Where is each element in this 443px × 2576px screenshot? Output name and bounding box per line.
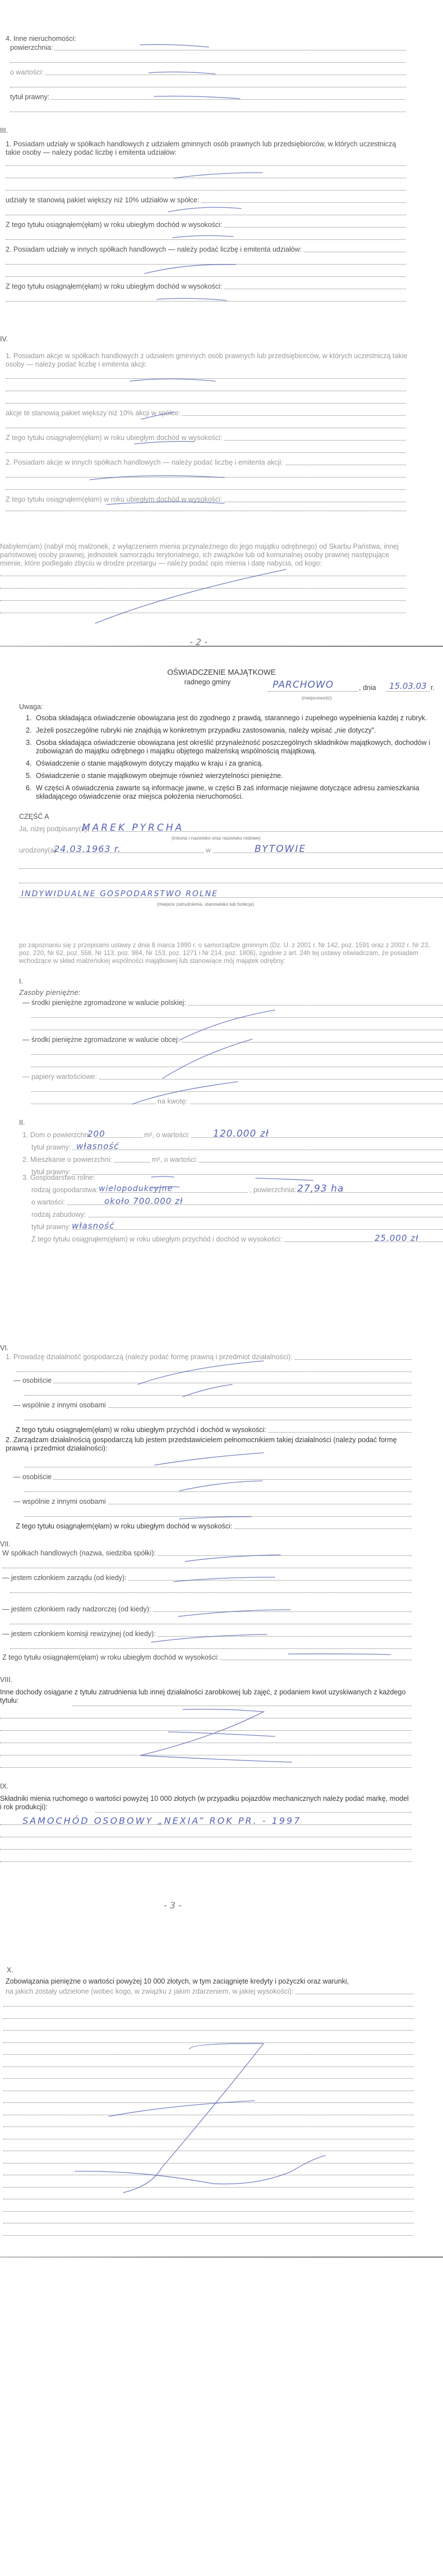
uwaga-item-text: Oświadczenie o stanie majątkowym obejmuj… bbox=[36, 772, 283, 780]
field-line[interactable] bbox=[6, 397, 406, 405]
field-line[interactable] bbox=[31, 1011, 443, 1019]
sheet-divider bbox=[0, 646, 443, 647]
field-line[interactable] bbox=[3, 2193, 414, 2200]
page-2: 4. Inne nieruchomości: powierzchnia: o w… bbox=[0, 0, 443, 639]
field-kwota[interactable]: na kwotę: bbox=[31, 1097, 443, 1105]
field-name[interactable]: Ja, niżej podpisany(a),MAREK PYRCHA bbox=[19, 825, 443, 833]
field-dom[interactable]: 1. Dom o powierzchni:200m², o wartości:1… bbox=[22, 1131, 443, 1139]
field-line[interactable] bbox=[0, 1761, 412, 1769]
employment-caption: (miejsce zatrudnienia, stanowisko lub fu… bbox=[157, 901, 254, 907]
field-date[interactable]: 15.03.03 bbox=[387, 682, 430, 692]
field-line[interactable] bbox=[6, 504, 406, 512]
field-line[interactable] bbox=[0, 1749, 412, 1757]
page-number-3: - 3 - bbox=[164, 1900, 182, 1911]
czesc-a-heading: CZĘŚĆ A bbox=[19, 813, 49, 821]
field-securities[interactable]: — papiery wartościowe: bbox=[22, 1073, 443, 1081]
uwaga-item-text: Jeżeli poszczególne rubryki nie znajdują… bbox=[36, 726, 376, 734]
field-line[interactable] bbox=[6, 184, 406, 192]
field-line[interactable] bbox=[31, 1060, 443, 1068]
field-line[interactable] bbox=[6, 258, 406, 266]
field-X-text2[interactable]: na jakich zostały udzielone (wobec kogo,… bbox=[6, 1987, 414, 1995]
field-line[interactable] bbox=[10, 1586, 412, 1594]
field-line[interactable] bbox=[10, 56, 406, 64]
field-III-dochod2[interactable]: Z tego tytułu osiągnąłem(ęłam) w roku ub… bbox=[6, 282, 406, 290]
field-line[interactable] bbox=[3, 2012, 414, 2020]
uwaga-item: 6.W części A oświadczenia zawarte są inf… bbox=[26, 784, 436, 801]
field-line[interactable] bbox=[6, 295, 406, 303]
field-line[interactable] bbox=[3, 2000, 414, 2008]
field-line[interactable] bbox=[0, 1855, 412, 1863]
field-line[interactable] bbox=[3, 2205, 414, 2213]
field-line[interactable] bbox=[25, 1510, 412, 1518]
field-foreign[interactable]: — środki pieniężne zgromadzone w walucie… bbox=[22, 1036, 443, 1044]
field-przychod[interactable]: Z tego tytułu osiągnąłem(ęłam) w roku ub… bbox=[31, 1235, 443, 1243]
uwaga-item: 1.Osoba składająca oświadczenie obowiąza… bbox=[26, 714, 436, 722]
field-VI-item1[interactable]: 1. Prowadzę działalność gospodarczą (nal… bbox=[6, 1353, 412, 1361]
field-IV-dochod1[interactable]: Z tego tytułu osiągnąłem(ęłam) w roku ub… bbox=[6, 434, 406, 442]
page-3: VI. 1. Prowadzę działalność gospodarczą … bbox=[0, 1340, 443, 1962]
field-line[interactable] bbox=[0, 1736, 412, 1744]
field-line[interactable] bbox=[0, 1712, 412, 1720]
field-line[interactable] bbox=[31, 1048, 443, 1056]
section-I-heading: Zasoby pieniężne: bbox=[19, 989, 81, 997]
uwaga-item: 3.Osoba składająca oświadczenie obowiąza… bbox=[26, 739, 436, 756]
dnia-label: , dnia bbox=[359, 684, 376, 692]
field-VI-osobiscie[interactable]: — osobiście bbox=[13, 1377, 412, 1384]
field-line[interactable] bbox=[3, 2036, 414, 2044]
field-line[interactable] bbox=[17, 1365, 412, 1373]
field-line[interactable] bbox=[3, 2084, 414, 2092]
uwaga-item: 2.Jeżeli poszczególne rubryki nie znajdu… bbox=[26, 726, 436, 735]
miejscowosc-caption: (miejscowość) bbox=[302, 695, 332, 701]
field-line[interactable] bbox=[25, 1485, 412, 1493]
field-mieszkanie[interactable]: 2. Mieszkanie o powierzchni:m², o wartoś… bbox=[22, 1156, 443, 1164]
uwaga-list: 1.Osoba składająca oświadczenie obowiąza… bbox=[26, 714, 436, 805]
field-line[interactable] bbox=[19, 862, 443, 870]
field-vehicle[interactable]: SAMOCHÓD OSOBOWY „NEXIA” ROK PR. - 1997 bbox=[0, 1818, 412, 1826]
field-line[interactable] bbox=[6, 384, 406, 392]
uwaga-item-text: Oświadczenie o stanie majątkowym dotyczy… bbox=[36, 759, 263, 767]
field-VII-rada[interactable]: — jestem członkiem rady nadzorczej (od k… bbox=[2, 1605, 412, 1613]
field-line[interactable] bbox=[0, 594, 406, 602]
section-IV-item1: 1. Posiadam akcje w spółkach handlowych … bbox=[6, 352, 409, 369]
uwaga-item-number: 3. bbox=[26, 739, 31, 747]
field-miejscowosc[interactable]: PARCHOWO bbox=[268, 679, 358, 692]
field-VII-komisja[interactable]: — jestem członkiem komisji rewizyjnej (o… bbox=[2, 1630, 412, 1638]
field-III-item2[interactable]: 2. Posiadam udziały w innych spółkach ha… bbox=[6, 245, 406, 253]
field-employment[interactable]: INDYWIDUALNE GOSPODARSTWO ROLNE bbox=[19, 891, 443, 899]
field-line[interactable] bbox=[3, 2024, 414, 2032]
field-line[interactable] bbox=[0, 1831, 412, 1838]
section-III-item1: 1. Posiadam udziały w spółkach handlowyc… bbox=[6, 140, 409, 157]
field-line[interactable] bbox=[3, 2181, 414, 2189]
field-line[interactable] bbox=[2, 1562, 412, 1569]
field-line[interactable] bbox=[6, 209, 406, 216]
field-III-pakiet[interactable]: udziały te stanowią pakiet większy niż 1… bbox=[6, 196, 406, 204]
field-VI-dochod[interactable]: Z tego tytułu osiągnąłem(ęłam) w roku ub… bbox=[16, 1522, 412, 1530]
field-line[interactable] bbox=[3, 2144, 414, 2152]
field-VII-dochod[interactable]: Z tego tytułu osiągnąłem(ęłam) w roku ub… bbox=[2, 1653, 412, 1661]
field-line[interactable] bbox=[3, 2133, 414, 2141]
field-line[interactable] bbox=[25, 1414, 412, 1421]
field-line[interactable] bbox=[3, 2096, 414, 2104]
document-subtitle: radnego gminy bbox=[0, 678, 443, 686]
uwaga-item-number: 6. bbox=[26, 784, 31, 793]
field-III-dochod1[interactable]: Z tego tytułu osiągnąłem(ęłam) w roku ub… bbox=[6, 221, 406, 229]
field-line[interactable] bbox=[31, 1085, 443, 1093]
field-inne-wartosc[interactable]: o wartości: bbox=[10, 68, 406, 76]
page-4: X. Zobowiązania pieniężne o wartości pow… bbox=[0, 1962, 443, 2576]
sheet-divider bbox=[0, 2257, 443, 2258]
field-line[interactable] bbox=[73, 1699, 412, 1707]
field-line[interactable] bbox=[6, 446, 406, 454]
section-X-text1: Zobowiązania pieniężne o wartości powyże… bbox=[6, 1977, 437, 1986]
inne-nieruchomosci-heading: 4. Inne nieruchomości: bbox=[6, 35, 409, 43]
section-X-numeral: X. bbox=[7, 1966, 13, 1974]
field-line[interactable] bbox=[10, 1642, 412, 1650]
r-suffix: r. bbox=[431, 684, 435, 692]
uwaga-item-number: 4. bbox=[26, 759, 31, 768]
field-pln[interactable]: — środki pieniężne zgromadzone w walucie… bbox=[22, 999, 443, 1007]
field-VI-wspolnie[interactable]: — wspólnie z innymi osobami bbox=[13, 1401, 412, 1409]
field-inne-tytul[interactable]: tytuł prawny: bbox=[10, 93, 406, 101]
field-line[interactable] bbox=[3, 2217, 414, 2225]
field-line[interactable] bbox=[3, 2157, 414, 2165]
field-line[interactable] bbox=[19, 877, 443, 884]
field-line[interactable] bbox=[6, 159, 406, 167]
field-line[interactable] bbox=[3, 2169, 414, 2176]
field-line[interactable] bbox=[6, 172, 406, 179]
section-IX-numeral: IX. bbox=[0, 1782, 8, 1790]
field-IV-item2[interactable]: 2. Posiadam akcje w innych spółkach hand… bbox=[6, 458, 406, 466]
field-IV-pakiet[interactable]: akcje te stanowią pakiet większy niż 10%… bbox=[6, 409, 406, 417]
uwaga-item-text: Osoba składająca oświadczenie obowiązana… bbox=[36, 714, 427, 722]
section-VII-numeral: VII. bbox=[0, 1540, 11, 1548]
section-VI-numeral: VI. bbox=[0, 1344, 8, 1352]
field-VI-wspolnie2[interactable]: — wspólnie z innymi osobami bbox=[13, 1498, 412, 1505]
field-line[interactable] bbox=[25, 1461, 412, 1468]
field-line[interactable] bbox=[25, 1389, 412, 1397]
page-1: OŚWIADCZENIE MAJĄTKOWE radnego gminy PAR… bbox=[0, 650, 443, 1244]
field-line[interactable] bbox=[6, 270, 406, 278]
field-line[interactable] bbox=[95, 1806, 412, 1814]
field-line[interactable] bbox=[3, 2072, 414, 2080]
field-gosp-wartosc[interactable]: o wartości:około 700.000 zł bbox=[31, 1198, 443, 1206]
field-line[interactable] bbox=[0, 606, 406, 614]
field-rodzaj[interactable]: rodzaj gospodarstwa:wielopodukcyjne, pow… bbox=[31, 1186, 443, 1194]
field-line[interactable] bbox=[3, 2109, 414, 2116]
uwaga-item-number: 2. bbox=[26, 726, 31, 735]
document-title: OŚWIADCZENIE MAJĄTKOWE bbox=[0, 668, 443, 677]
field-line[interactable] bbox=[3, 2229, 414, 2237]
section-I-numeral: I. bbox=[19, 977, 23, 985]
section-VI-item2: 2. Zarządzam działalnością gospodarczą l… bbox=[6, 1436, 412, 1453]
uwaga-item-text: W części A oświadczenia zawarte są infor… bbox=[36, 784, 419, 800]
field-line[interactable] bbox=[6, 421, 406, 429]
uwaga-item: 4.Oświadczenie o stanie majątkowym dotyc… bbox=[26, 759, 436, 768]
field-VII-zarzad[interactable]: — jestem członkiem zarządu (od kiedy): bbox=[2, 1574, 412, 1582]
field-line[interactable] bbox=[3, 2048, 414, 2056]
field-line[interactable] bbox=[0, 582, 406, 590]
field-VI-przychod[interactable]: Z tego tytułu osiągnąłem(ęłam) w roku ub… bbox=[16, 1426, 412, 1434]
field-line[interactable] bbox=[3, 2120, 414, 2128]
section-III-numeral: III. bbox=[0, 127, 8, 135]
field-dom-tytul[interactable]: tytuł prawny:własność bbox=[31, 1143, 443, 1151]
section-VIII-numeral: VIII. bbox=[0, 1676, 12, 1684]
legal-text: po zapoznaniu się z przepisami ustawy z … bbox=[19, 942, 440, 965]
field-line[interactable] bbox=[10, 81, 406, 89]
field-line[interactable] bbox=[0, 1724, 412, 1732]
section-II-numeral: II. bbox=[19, 1119, 25, 1127]
field-VII-spolki[interactable]: W spółkach handlowych (nazwa, siedziba s… bbox=[2, 1549, 412, 1557]
field-zabudowa[interactable]: rodzaj zabudowy: bbox=[31, 1211, 443, 1218]
field-inne-powierzchnia[interactable]: powierzchnia: bbox=[10, 44, 406, 52]
field-line[interactable] bbox=[3, 2060, 414, 2068]
section-IV-numeral: IV. bbox=[0, 335, 8, 343]
uwaga-item-number: 1. bbox=[26, 714, 31, 722]
uwaga-item: 5.Oświadczenie o stanie majątkowym obejm… bbox=[26, 772, 436, 780]
name-caption: (imiona i nazwisko oraz nazwisko rodowe) bbox=[172, 835, 261, 841]
uwaga-item-number: 5. bbox=[26, 772, 31, 780]
field-line[interactable] bbox=[6, 471, 406, 479]
field-line[interactable] bbox=[6, 483, 406, 491]
field-IV-dochod2[interactable]: Z tego tytułu osiągnąłem(ęłam) w roku ub… bbox=[6, 495, 406, 503]
field-VI-osobiscie2[interactable]: — osobiście bbox=[13, 1473, 412, 1481]
field-line[interactable] bbox=[6, 372, 406, 380]
field-line[interactable] bbox=[6, 233, 406, 241]
gospodarstwo-heading: 3. Gospodarstwo rolne: bbox=[22, 1174, 409, 1182]
field-line[interactable] bbox=[31, 1023, 443, 1031]
field-line[interactable] bbox=[10, 1618, 412, 1625]
field-line[interactable] bbox=[0, 1843, 412, 1851]
section-V-text: Nabyłem(am) (nabył mój małżonek, z wyłąc… bbox=[0, 543, 406, 568]
uwaga-item-text: Osoba składająca oświadczenie obowiązana… bbox=[36, 739, 430, 755]
field-line[interactable] bbox=[0, 569, 406, 577]
field-gosp-tytul[interactable]: tytuł prawny:własność bbox=[31, 1223, 443, 1231]
field-line[interactable] bbox=[10, 105, 406, 113]
field-birth[interactable]: urodzony(a)24.03.1963 r.wBYTOWIE bbox=[19, 846, 443, 854]
uwaga-heading: Uwaga: bbox=[19, 703, 43, 711]
